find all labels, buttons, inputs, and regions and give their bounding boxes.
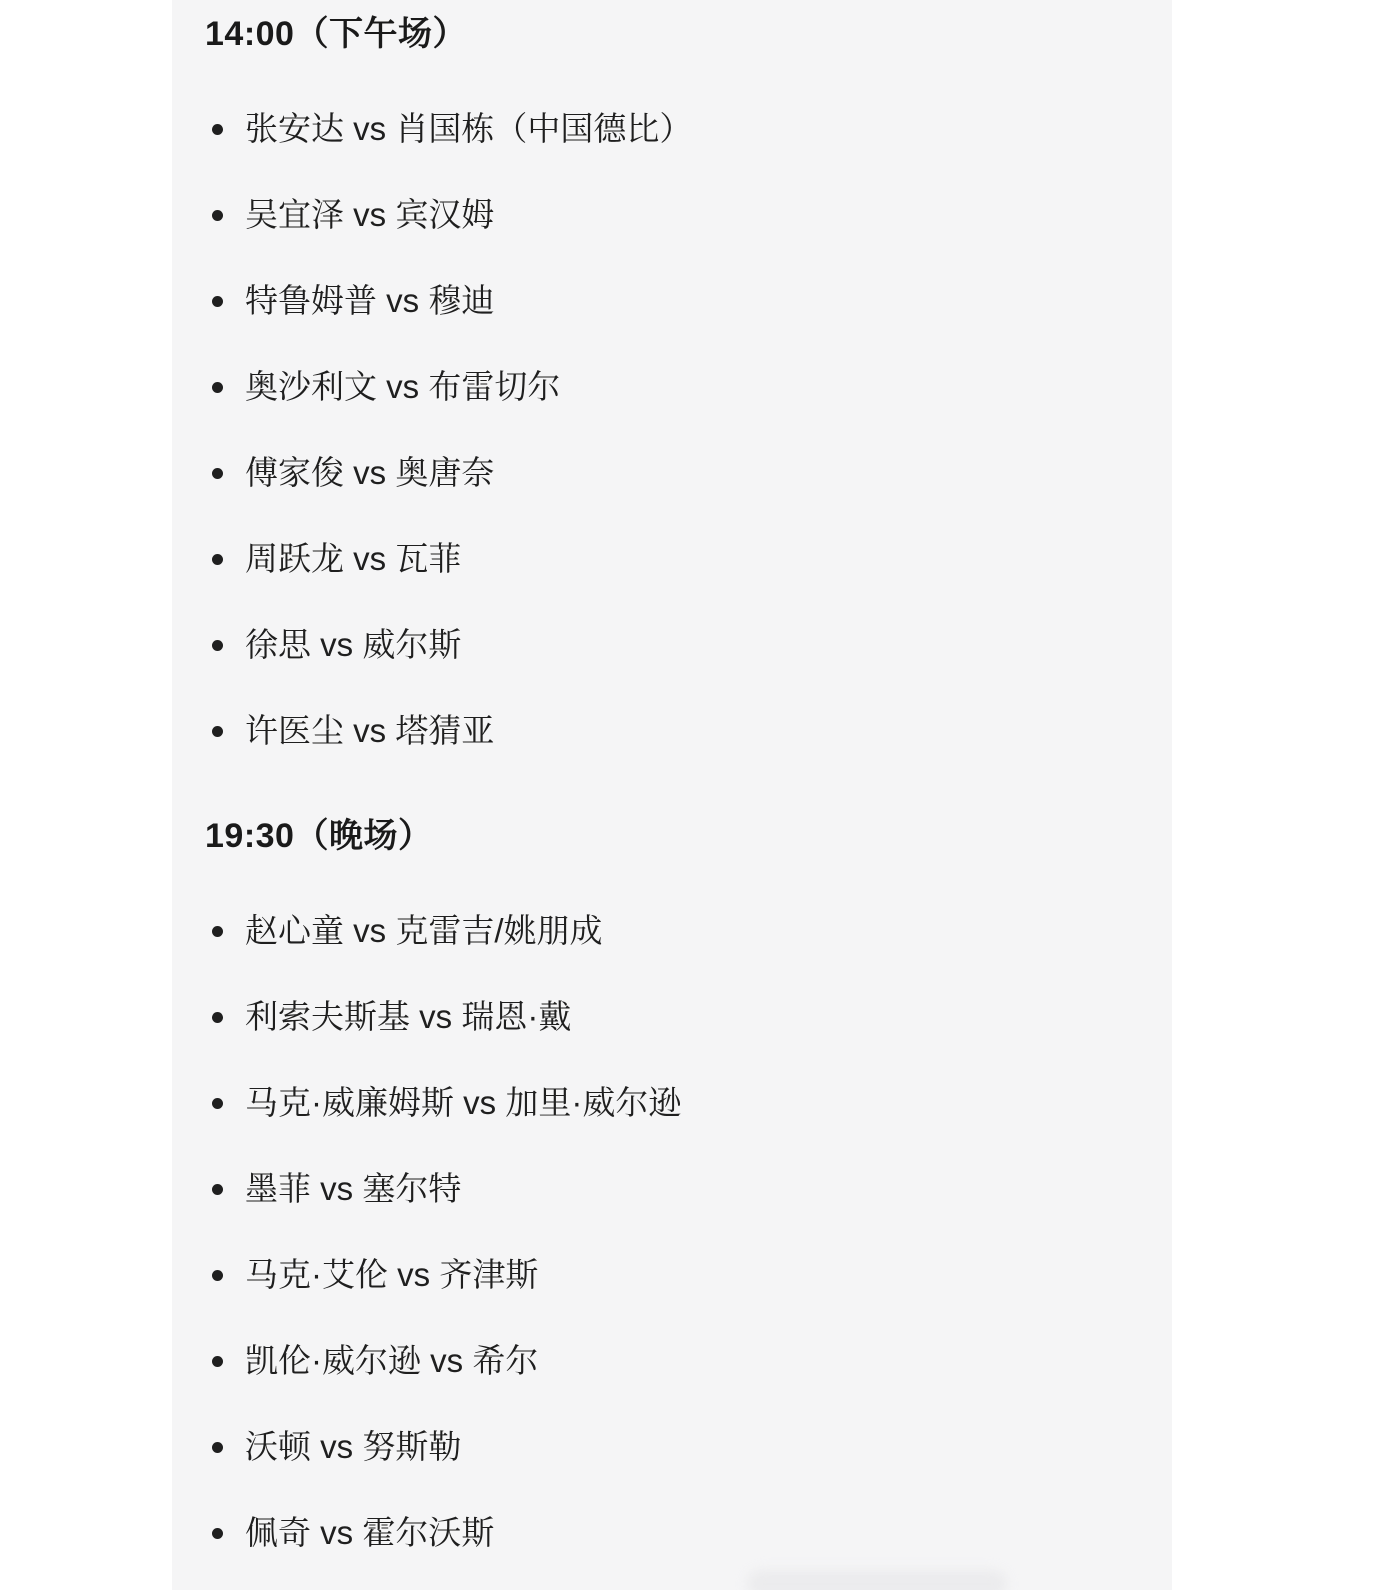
list-item: 凯伦·威尔逊 vs 希尔: [205, 1318, 1142, 1404]
session-heading-afternoon: 14:00（下午场）: [205, 8, 1142, 60]
list-item: 赵心童 vs 克雷吉/姚朋成: [205, 888, 1142, 974]
list-item: 沃顿 vs 努斯勒: [205, 1404, 1142, 1490]
list-item: 张安达 vs 肖国栋（中国德比）: [205, 86, 1142, 172]
list-item: 许医尘 vs 塔猜亚: [205, 688, 1142, 774]
match-list-afternoon: 张安达 vs 肖国栋（中国德比） 吴宜泽 vs 宾汉姆 特鲁姆普 vs 穆迪 奥…: [205, 86, 1142, 774]
match-list-evening: 赵心童 vs 克雷吉/姚朋成 利索夫斯基 vs 瑞恩·戴 马克·威廉姆斯 vs …: [205, 888, 1142, 1576]
session-heading-evening: 19:30（晚场）: [205, 810, 1142, 862]
list-item: 墨菲 vs 塞尔特: [205, 1146, 1142, 1232]
list-item: 特鲁姆普 vs 穆迪: [205, 258, 1142, 344]
list-item: 傅家俊 vs 奥唐奈: [205, 430, 1142, 516]
list-item: 徐思 vs 威尔斯: [205, 602, 1142, 688]
schedule-panel: 14:00（下午场） 张安达 vs 肖国栋（中国德比） 吴宜泽 vs 宾汉姆 特…: [172, 0, 1172, 1590]
list-item: 吴宜泽 vs 宾汉姆: [205, 172, 1142, 258]
screenshot-viewport: 14:00（下午场） 张安达 vs 肖国栋（中国德比） 吴宜泽 vs 宾汉姆 特…: [0, 0, 1400, 1590]
list-item: 周跃龙 vs 瓦菲: [205, 516, 1142, 602]
list-item: 奥沙利文 vs 布雷切尔: [205, 344, 1142, 430]
list-item: 马克·威廉姆斯 vs 加里·威尔逊: [205, 1060, 1142, 1146]
bottom-edge-artifact: [747, 1570, 1007, 1590]
list-item: 马克·艾伦 vs 齐津斯: [205, 1232, 1142, 1318]
list-item: 利索夫斯基 vs 瑞恩·戴: [205, 974, 1142, 1060]
list-item: 佩奇 vs 霍尔沃斯: [205, 1490, 1142, 1576]
